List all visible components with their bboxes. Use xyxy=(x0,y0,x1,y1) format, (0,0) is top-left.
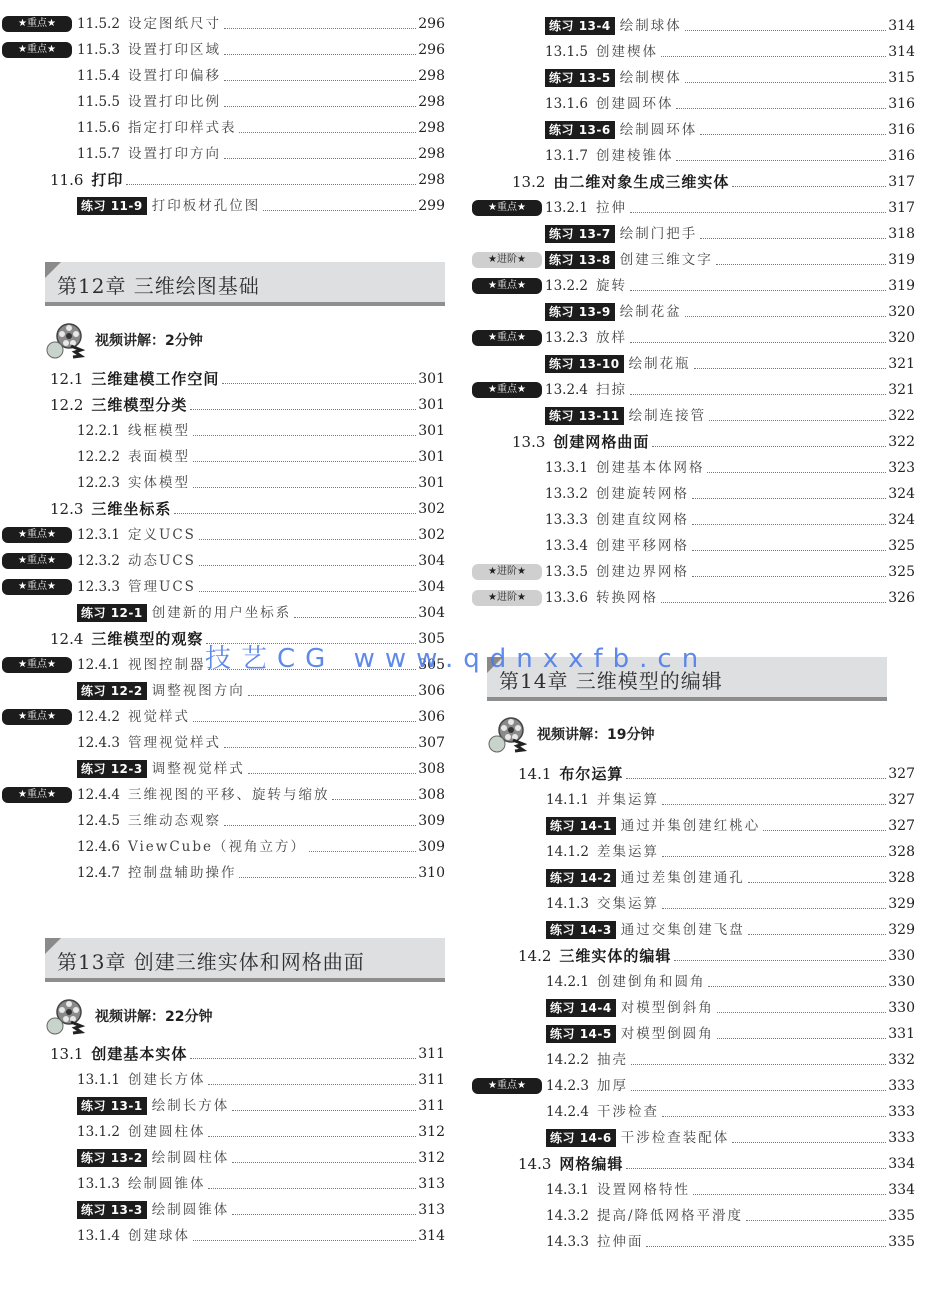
dot-leader xyxy=(630,342,886,343)
toc-subsection-entry[interactable]: 13.1.7创建棱锥体316 xyxy=(545,143,915,169)
dot-leader xyxy=(631,1064,886,1065)
dot-leader xyxy=(190,409,416,410)
section-number: 12.2.2 xyxy=(77,444,120,470)
entry-title: 管理UCS xyxy=(128,574,196,600)
toc-exercise-entry[interactable]: 练习 12-1创建新的用户坐标系304 xyxy=(77,600,445,626)
section-number: 12.4.5 xyxy=(77,808,120,834)
exercise-label: 练习 xyxy=(81,1151,106,1165)
chapter-13-video-duration: 视频讲解：22分钟 xyxy=(95,1006,212,1026)
entry-title: 创建基本体网格 xyxy=(596,455,705,481)
toc-exercise-entry[interactable]: 练习 13-5绘制楔体315 xyxy=(545,65,915,91)
page-number: 314 xyxy=(888,39,915,65)
exercise-number: 12-2 xyxy=(111,684,143,698)
toc-subsection-entry[interactable]: 12.4.5三维动态观察309 xyxy=(77,808,445,834)
page-number: 314 xyxy=(418,1223,445,1249)
dot-leader xyxy=(630,212,886,213)
section-number: 11.5.6 xyxy=(77,115,120,141)
page-number: 318 xyxy=(888,221,915,247)
toc-subsection-entry[interactable]: 13.1.5创建楔体314 xyxy=(545,39,915,65)
page-number: 329 xyxy=(888,917,915,943)
dot-leader xyxy=(674,960,886,961)
page-number: 314 xyxy=(888,13,915,39)
dot-leader xyxy=(646,1246,886,1247)
toc-exercise-entry[interactable]: 练习 14-3通过交集创建飞盘329 xyxy=(546,917,915,943)
dot-leader xyxy=(748,934,887,935)
toc-subsection-entry[interactable]: 13.2.2旋转319 xyxy=(545,273,915,299)
entry-title: 实体模型 xyxy=(128,470,190,496)
advanced-badge: ★进阶★ xyxy=(472,590,542,606)
entry-title: 三维建模工作空间 xyxy=(91,366,219,392)
page-number: 313 xyxy=(418,1171,445,1197)
exercise-number: 13-7 xyxy=(579,227,611,241)
page-number: 308 xyxy=(418,782,445,808)
exercise-number: 13-11 xyxy=(579,409,620,423)
exercise-label: 练习 xyxy=(549,227,574,241)
entry-title: 管理视觉样式 xyxy=(128,730,221,756)
toc-subsection-entry[interactable]: 14.3.1设置网格特性334 xyxy=(546,1177,915,1203)
chapter-14-video-info: 视频讲解：19分钟 xyxy=(487,714,654,754)
exercise-tag: 练习 12-3 xyxy=(77,760,147,778)
toc-section-entry[interactable]: 13.3创建网格曲面322 xyxy=(512,429,915,455)
exercise-number: 13-6 xyxy=(579,123,611,137)
dot-leader xyxy=(676,108,886,109)
entry-title: 指定打印样式表 xyxy=(128,115,237,141)
entry-title: 绘制连接管 xyxy=(629,403,707,429)
dot-leader xyxy=(224,80,416,81)
dot-leader xyxy=(206,643,416,644)
page-number: 301 xyxy=(418,444,445,470)
page-number: 331 xyxy=(888,1021,915,1047)
entry-title: 调整视觉样式 xyxy=(152,756,245,782)
toc-subsection-entry[interactable]: 13.1.2创建圆柱体312 xyxy=(77,1119,445,1145)
toc-subsection-entry[interactable]: 12.4.6ViewCube（视角立方）309 xyxy=(77,834,445,860)
toc-subsection-entry[interactable]: 13.3.6转换网格326 xyxy=(545,585,915,611)
exercise-label: 练习 xyxy=(549,19,574,33)
section-number: 14.2.3 xyxy=(546,1073,589,1099)
toc-exercise-entry[interactable]: 练习 13-2绘制圆柱体312 xyxy=(77,1145,445,1171)
exercise-tag: 练习 13-1 xyxy=(77,1097,147,1115)
section-number: 12.4.2 xyxy=(77,704,120,730)
page-number: 312 xyxy=(418,1119,445,1145)
dot-leader xyxy=(707,472,886,473)
exercise-number: 12-1 xyxy=(111,606,143,620)
entry-title: 创建新的用户坐标系 xyxy=(152,600,292,626)
toc-subsection-entry[interactable]: 13.3.4创建平移网格325 xyxy=(545,533,915,559)
entry-title: 创建基本实体 xyxy=(91,1041,187,1067)
toc-exercise-entry[interactable]: 练习 13-8创建三维文字319 xyxy=(545,247,915,273)
dot-leader xyxy=(661,56,886,57)
toc-subsection-entry[interactable]: 12.4.4三维视图的平移、旋转与缩放308 xyxy=(77,782,445,808)
entry-title: 通过交集创建飞盘 xyxy=(621,917,745,943)
section-number: 12.3.2 xyxy=(77,548,120,574)
entry-title: 对模型倒斜角 xyxy=(621,995,714,1021)
section-number: 14.1 xyxy=(518,761,551,787)
dot-leader xyxy=(692,576,886,577)
toc-exercise-entry[interactable]: 练习 14-1通过并集创建红桃心327 xyxy=(546,813,915,839)
toc-exercise-entry[interactable]: 练习 13-3绘制圆锥体313 xyxy=(77,1197,445,1223)
dot-leader xyxy=(208,1188,416,1189)
entry-title: 动态UCS xyxy=(128,548,196,574)
toc-section-entry[interactable]: 13.2由二维对象生成三维实体317 xyxy=(512,169,915,195)
exercise-number: 13-3 xyxy=(111,1203,143,1217)
page-number: 322 xyxy=(888,429,915,455)
dot-leader xyxy=(224,28,416,29)
section-number: 14.1.3 xyxy=(546,891,589,917)
toc-subsection-entry[interactable]: 12.3.1定义UCS302 xyxy=(77,522,445,548)
toc-subsection-entry[interactable]: 12.2.3实体模型301 xyxy=(77,470,445,496)
dot-leader xyxy=(685,316,887,317)
key-point-badge: ★重点★ xyxy=(2,787,72,803)
toc-subsection-entry[interactable]: 13.2.4扫掠321 xyxy=(545,377,915,403)
toc-subsection-entry[interactable]: 11.5.3设置打印区域296 xyxy=(77,37,445,63)
entry-title: 绘制球体 xyxy=(620,13,682,39)
page-number: 308 xyxy=(418,756,445,782)
page-number: 311 xyxy=(418,1041,445,1067)
key-point-badge: ★重点★ xyxy=(472,382,542,398)
toc-subsection-entry[interactable]: 14.2.4干涉检查333 xyxy=(546,1099,915,1125)
dot-leader xyxy=(662,1116,886,1117)
section-number: 13.1.3 xyxy=(77,1171,120,1197)
exercise-tag: 练习 13-4 xyxy=(545,17,615,35)
exercise-number: 14-5 xyxy=(580,1027,612,1041)
dot-leader xyxy=(630,394,886,395)
exercise-label: 练习 xyxy=(81,199,106,213)
toc-subsection-entry[interactable]: 12.2.1线框模型301 xyxy=(77,418,445,444)
entry-title: 创建旋转网格 xyxy=(596,481,689,507)
section-number: 13.1.5 xyxy=(545,39,588,65)
page-number: 333 xyxy=(888,1099,915,1125)
entry-title: 布尔运算 xyxy=(559,761,623,787)
page-number: 319 xyxy=(888,273,915,299)
entry-title: 干涉检查 xyxy=(597,1099,659,1125)
entry-title: 拉伸 xyxy=(596,195,627,221)
page-number: 313 xyxy=(418,1197,445,1223)
entry-title: 创建棱锥体 xyxy=(596,143,674,169)
dot-leader xyxy=(263,210,416,211)
toc-subsection-entry[interactable]: 14.1.1并集运算327 xyxy=(546,787,915,813)
entry-title: 通过差集创建通孔 xyxy=(621,865,745,891)
entry-title: 线框模型 xyxy=(128,418,190,444)
toc-exercise-entry[interactable]: 练习 14-6干涉检查装配体333 xyxy=(546,1125,915,1151)
page-number: 304 xyxy=(418,548,445,574)
toc-section-entry[interactable]: 12.1三维建模工作空间301 xyxy=(50,366,445,392)
toc-exercise-entry[interactable]: 练习 13-9绘制花盆320 xyxy=(545,299,915,325)
section-number: 12.4.3 xyxy=(77,730,120,756)
exercise-label: 练习 xyxy=(81,1203,106,1217)
entry-title: 绘制门把手 xyxy=(620,221,698,247)
page-number: 328 xyxy=(888,865,915,891)
key-point-badge: ★重点★ xyxy=(2,527,72,543)
dot-leader xyxy=(732,186,886,187)
toc-subsection-entry[interactable]: 12.2.2表面模型301 xyxy=(77,444,445,470)
toc-subsection-entry[interactable]: 12.4.1视图控制器305 xyxy=(77,652,445,678)
section-number: 12.1 xyxy=(50,366,83,392)
page-number: 299 xyxy=(418,193,445,219)
toc-exercise-entry[interactable]: 练习 13-4绘制球体314 xyxy=(545,13,915,39)
exercise-tag: 练习 12-2 xyxy=(77,682,147,700)
dot-leader xyxy=(652,446,886,447)
toc-subsection-entry[interactable]: 11.5.7设置打印方向298 xyxy=(77,141,445,167)
dot-leader xyxy=(685,30,887,31)
toc-exercise-entry[interactable]: 练习 14-2通过差集创建通孔328 xyxy=(546,865,915,891)
key-point-badge: ★重点★ xyxy=(2,16,72,32)
page-number: 305 xyxy=(418,626,445,652)
toc-subsection-entry[interactable]: 13.1.6创建圆环体316 xyxy=(545,91,915,117)
exercise-tag: 练习 14-1 xyxy=(546,817,616,835)
page-number: 319 xyxy=(888,247,915,273)
section-number: 11.5.7 xyxy=(77,141,120,167)
toc-subsection-entry[interactable]: 13.3.2创建旋转网格324 xyxy=(545,481,915,507)
dot-leader xyxy=(732,1142,886,1143)
toc-exercise-entry[interactable]: 练习 12-2调整视图方向306 xyxy=(77,678,445,704)
section-number: 12.4.1 xyxy=(77,652,120,678)
chapter-12-video-duration: 视频讲解：2分钟 xyxy=(95,330,203,350)
toc-section-entry[interactable]: 14.3网格编辑334 xyxy=(518,1151,915,1177)
entry-title: 创建倒角和圆角 xyxy=(597,969,706,995)
page-number: 333 xyxy=(888,1125,915,1151)
exercise-number: 13-4 xyxy=(579,19,611,33)
dot-leader xyxy=(222,383,416,384)
toc-subsection-entry[interactable]: 13.1.3绘制圆锥体313 xyxy=(77,1171,445,1197)
section-number: 12.4.6 xyxy=(77,834,120,860)
exercise-number: 14-1 xyxy=(580,819,612,833)
section-number: 13.2.4 xyxy=(545,377,588,403)
film-reel-icon xyxy=(487,714,527,754)
toc-exercise-entry[interactable]: 练习 13-7绘制门把手318 xyxy=(545,221,915,247)
page-number: 301 xyxy=(418,366,445,392)
page-number: 310 xyxy=(418,860,445,886)
page-number: 332 xyxy=(888,1047,915,1073)
dot-leader xyxy=(662,804,886,805)
page-number: 298 xyxy=(418,141,445,167)
entry-title: 网格编辑 xyxy=(559,1151,623,1177)
dot-leader xyxy=(199,591,416,592)
exercise-label: 练习 xyxy=(550,923,575,937)
exercise-label: 练习 xyxy=(550,1131,575,1145)
key-point-badge: ★重点★ xyxy=(472,1078,542,1094)
entry-title: 表面模型 xyxy=(128,444,190,470)
toc-subsection-entry[interactable]: 14.2.2抽壳332 xyxy=(546,1047,915,1073)
entry-title: 绘制圆锥体 xyxy=(152,1197,230,1223)
exercise-label: 练习 xyxy=(81,606,106,620)
toc-subsection-entry[interactable]: 13.1.1创建长方体311 xyxy=(77,1067,445,1093)
toc-subsection-entry[interactable]: 13.1.4创建球体314 xyxy=(77,1223,445,1249)
toc-subsection-entry[interactable]: 14.3.2提高/降低网格平滑度335 xyxy=(546,1203,915,1229)
toc-subsection-entry[interactable]: 12.4.3管理视觉样式307 xyxy=(77,730,445,756)
chapter-12-title: 第12章 三维绘图基础 xyxy=(57,270,260,299)
section-number: 14.1.1 xyxy=(546,787,589,813)
page-number: 322 xyxy=(888,403,915,429)
key-point-badge: ★重点★ xyxy=(472,200,542,216)
film-reel-icon xyxy=(45,320,85,360)
toc-subsection-entry[interactable]: 13.3.5创建边界网格325 xyxy=(545,559,915,585)
dot-leader xyxy=(190,1058,416,1059)
toc-exercise-entry[interactable]: 练习 13-1绘制长方体311 xyxy=(77,1093,445,1119)
section-number: 13.1.4 xyxy=(77,1223,120,1249)
toc-subsection-entry[interactable]: 14.1.3交集运算329 xyxy=(546,891,915,917)
entry-title: 绘制花盆 xyxy=(620,299,682,325)
exercise-tag: 练习 13-5 xyxy=(545,69,615,87)
toc-subsection-entry[interactable]: 11.5.6指定打印样式表298 xyxy=(77,115,445,141)
entry-title: 通过并集创建红桃心 xyxy=(621,813,761,839)
entry-title: 调整视图方向 xyxy=(152,678,245,704)
exercise-tag: 练习 13-10 xyxy=(545,355,624,373)
toc-exercise-entry[interactable]: 练习 13-10绘制花瓶321 xyxy=(545,351,915,377)
dot-leader xyxy=(224,747,416,748)
page-number: 298 xyxy=(418,89,445,115)
dot-leader xyxy=(700,134,886,135)
page-number: 324 xyxy=(888,481,915,507)
exercise-number: 14-2 xyxy=(580,871,612,885)
page-number: 317 xyxy=(888,169,915,195)
page-number: 317 xyxy=(888,195,915,221)
exercise-label: 练习 xyxy=(549,305,574,319)
exercise-number: 13-2 xyxy=(111,1151,143,1165)
exercise-tag: 练习 13-3 xyxy=(77,1201,147,1219)
entry-title: 三维实体的编辑 xyxy=(559,943,671,969)
exercise-tag: 练习 13-9 xyxy=(545,303,615,321)
page-number: 304 xyxy=(418,574,445,600)
exercise-number: 11-9 xyxy=(111,199,143,213)
exercise-tag: 练习 12-1 xyxy=(77,604,147,622)
page-number: 333 xyxy=(888,1073,915,1099)
section-number: 13.1.1 xyxy=(77,1067,120,1093)
toc-subsection-entry[interactable]: 13.3.1创建基本体网格323 xyxy=(545,455,915,481)
entry-title: 拉伸面 xyxy=(597,1229,644,1255)
page-number: 334 xyxy=(888,1177,915,1203)
page-number: 334 xyxy=(888,1151,915,1177)
exercise-number: 14-4 xyxy=(580,1001,612,1015)
toc-subsection-entry[interactable]: 13.2.1拉伸317 xyxy=(545,195,915,221)
section-number: 13.1.7 xyxy=(545,143,588,169)
entry-title: 三维动态观察 xyxy=(128,808,221,834)
exercise-label: 练习 xyxy=(549,409,574,423)
page-number: 329 xyxy=(888,891,915,917)
dot-leader xyxy=(193,721,416,722)
section-number: 13.3.5 xyxy=(545,559,588,585)
dot-leader xyxy=(685,82,887,83)
toc-subsection-entry[interactable]: 14.2.3加厚333 xyxy=(546,1073,915,1099)
toc-subsection-entry[interactable]: 11.5.2设定图纸尺寸296 xyxy=(77,11,445,37)
exercise-number: 13-1 xyxy=(111,1099,143,1113)
page-number: 327 xyxy=(888,761,915,787)
toc-subsection-entry[interactable]: 12.3.3管理UCS304 xyxy=(77,574,445,600)
page-number: 306 xyxy=(418,704,445,730)
chapter-12-header: 第12章 三维绘图基础 xyxy=(45,262,445,306)
advanced-badge: ★进阶★ xyxy=(472,564,542,580)
dot-leader xyxy=(208,1136,416,1137)
section-number: 14.3 xyxy=(518,1151,551,1177)
toc-subsection-entry[interactable]: 13.2.3放样320 xyxy=(545,325,915,351)
section-number: 13.2 xyxy=(512,169,545,195)
exercise-label: 练习 xyxy=(549,253,574,267)
section-number: 13.1.6 xyxy=(545,91,588,117)
toc-subsection-entry[interactable]: 13.3.3创建直纹网格324 xyxy=(545,507,915,533)
toc-exercise-entry[interactable]: 练习 12-3调整视觉样式308 xyxy=(77,756,445,782)
dot-leader xyxy=(208,1084,416,1085)
toc-subsection-entry[interactable]: 11.5.4设置打印偏移298 xyxy=(77,63,445,89)
dot-leader xyxy=(199,539,416,540)
entry-title: 设置打印偏移 xyxy=(128,63,221,89)
toc-subsection-entry[interactable]: 14.2.1创建倒角和圆角330 xyxy=(546,969,915,995)
toc-exercise-entry[interactable]: 练习 13-6绘制圆环体316 xyxy=(545,117,915,143)
exercise-label: 练习 xyxy=(549,71,574,85)
section-number: 14.3.3 xyxy=(546,1229,589,1255)
page-number: 298 xyxy=(418,167,445,193)
dot-leader xyxy=(232,1214,416,1215)
section-number: 12.4 xyxy=(50,626,83,652)
toc-exercise-entry[interactable]: 练习 14-4对模型倒斜角330 xyxy=(546,995,915,1021)
dot-leader xyxy=(193,461,416,462)
entry-title: 设置网格特性 xyxy=(597,1177,690,1203)
entry-title: 加厚 xyxy=(597,1073,628,1099)
dot-leader xyxy=(232,1162,416,1163)
toc-subsection-entry[interactable]: 12.4.2视觉样式306 xyxy=(77,704,445,730)
page-number: 321 xyxy=(888,377,915,403)
toc-section-entry[interactable]: 13.1创建基本实体311 xyxy=(50,1041,445,1067)
toc-exercise-entry[interactable]: 练习 11-9打印板材孔位图299 xyxy=(77,193,445,219)
toc-subsection-entry[interactable]: 11.5.5设置打印比例298 xyxy=(77,89,445,115)
toc-section-entry[interactable]: 14.1布尔运算327 xyxy=(518,761,915,787)
dot-leader xyxy=(626,778,886,779)
toc-section-entry[interactable]: 11.6打印298 xyxy=(50,167,445,193)
key-point-badge: ★重点★ xyxy=(472,278,542,294)
toc-exercise-entry[interactable]: 练习 14-5对模型倒圆角331 xyxy=(546,1021,915,1047)
toc-exercise-entry[interactable]: 练习 13-11绘制连接管322 xyxy=(545,403,915,429)
chapter-14-video-duration: 视频讲解：19分钟 xyxy=(537,724,654,744)
toc-section-entry[interactable]: 12.4三维模型的观察305 xyxy=(50,626,445,652)
toc-subsection-entry[interactable]: 12.3.2动态UCS304 xyxy=(77,548,445,574)
exercise-label: 练习 xyxy=(550,871,575,885)
exercise-label: 练习 xyxy=(549,357,574,371)
toc-section-entry[interactable]: 12.2三维模型分类301 xyxy=(50,392,445,418)
entry-title: 定义UCS xyxy=(128,522,196,548)
dot-leader xyxy=(224,106,416,107)
toc-subsection-entry[interactable]: 12.4.7控制盘辅助操作310 xyxy=(77,860,445,886)
section-number: 13.3.3 xyxy=(545,507,588,533)
entry-title: 三维模型分类 xyxy=(91,392,187,418)
dot-leader xyxy=(717,1012,887,1013)
exercise-tag: 练习 14-4 xyxy=(546,999,616,1017)
page-number: 325 xyxy=(888,559,915,585)
dot-leader xyxy=(332,799,416,800)
entry-title: 抽壳 xyxy=(597,1047,628,1073)
section-number: 14.3.2 xyxy=(546,1203,589,1229)
entry-title: 设置打印方向 xyxy=(128,141,221,167)
exercise-tag: 练习 14-3 xyxy=(546,921,616,939)
entry-title: 设置打印比例 xyxy=(128,89,221,115)
chapter-12-video-info: 视频讲解：2分钟 xyxy=(45,320,203,360)
entry-title: 视觉样式 xyxy=(128,704,190,730)
exercise-number: 13-10 xyxy=(579,357,620,371)
dot-leader xyxy=(694,368,887,369)
entry-title: 放样 xyxy=(596,325,627,351)
toc-subsection-entry[interactable]: 14.1.2差集运算328 xyxy=(546,839,915,865)
exercise-label: 练习 xyxy=(81,762,106,776)
toc-subsection-entry[interactable]: 14.3.3拉伸面335 xyxy=(546,1229,915,1255)
entry-title: 三维视图的平移、旋转与缩放 xyxy=(128,782,330,808)
toc-section-entry[interactable]: 14.2三维实体的编辑330 xyxy=(518,943,915,969)
page-number: 330 xyxy=(888,943,915,969)
exercise-label: 练习 xyxy=(550,1001,575,1015)
section-number: 12.3.3 xyxy=(77,574,120,600)
exercise-tag: 练习 14-5 xyxy=(546,1025,616,1043)
exercise-label: 练习 xyxy=(549,123,574,137)
dot-leader xyxy=(239,877,416,878)
section-number: 14.3.1 xyxy=(546,1177,589,1203)
entry-title: 绘制长方体 xyxy=(152,1093,230,1119)
toc-section-entry[interactable]: 12.3三维坐标系302 xyxy=(50,496,445,522)
